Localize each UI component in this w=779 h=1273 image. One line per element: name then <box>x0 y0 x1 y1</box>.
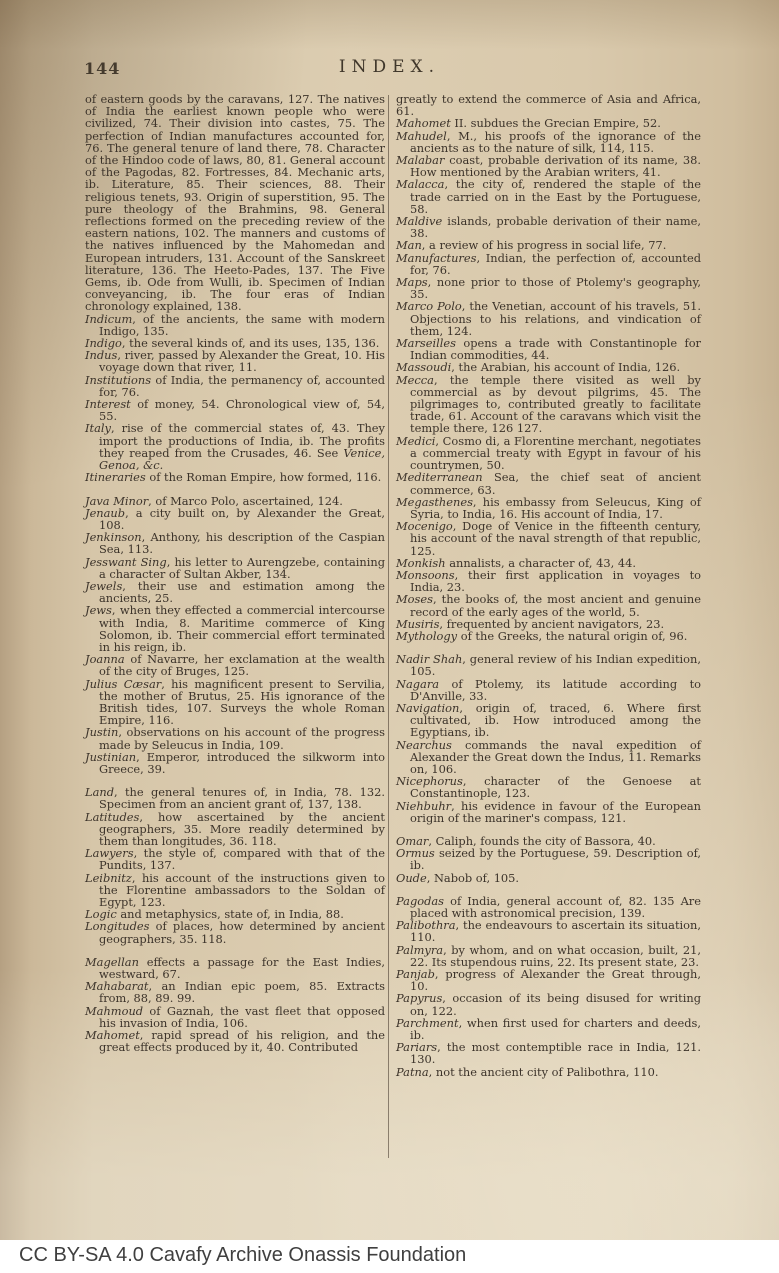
index-column-right: greatly to extend the commerce of Asia a… <box>396 93 701 1078</box>
index-entry: Maldive islands, probable derivation of … <box>396 215 701 239</box>
index-entry: Papyrus, occasion of its being disused f… <box>396 992 701 1016</box>
entry-text: , the temple there visited as well by co… <box>410 373 701 436</box>
entry-text: of eastern goods by the caravans, 127. T… <box>85 92 385 313</box>
index-entry: Indus, river, passed by Alexander the Gr… <box>85 349 385 373</box>
index-entry: Maps, none prior to those of Ptolemy's g… <box>396 276 701 300</box>
entry-text: , Cosmo di, a Florentine merchant, negot… <box>410 434 701 472</box>
entry-text: coast, probable derivation of its name, … <box>410 153 701 179</box>
entry-text: greatly to extend the commerce of Asia a… <box>396 92 701 118</box>
entry-text: , the style of, compared with that of th… <box>99 846 385 872</box>
index-entry: Lawyers, the style of, compared with tha… <box>85 847 385 871</box>
index-entry: Longitudes of places, how determined by … <box>85 920 385 944</box>
entry-text: , occasion of its being disused for writ… <box>410 991 701 1017</box>
entry-text: of the Roman Empire, how formed, 116. <box>146 470 382 484</box>
index-entry: Latitudes, how ascertained by the ancien… <box>85 811 385 848</box>
index-entry: Justinian, Emperor, introduced the silkw… <box>85 751 385 775</box>
index-term: Parchment <box>396 1016 459 1030</box>
index-entry: Marco Polo, the Venetian, account of his… <box>396 300 701 337</box>
index-entry: Monsoons, their first application in voy… <box>396 569 701 593</box>
index-entry: Oude, Nabob of, 105. <box>396 872 701 884</box>
index-term: Patna <box>396 1065 429 1079</box>
index-entry: Land, the general tenures of, in India, … <box>85 786 385 810</box>
book-page: 144 INDEX. of eastern goods by the carav… <box>0 0 779 1240</box>
entry-text: , progress of Alexander the Great throug… <box>410 967 701 993</box>
entry-text: , the most contemptible race in India, 1… <box>410 1040 701 1066</box>
index-entry: Manufactures, Indian, the perfection of,… <box>396 252 701 276</box>
entry-text: of Navarre, her exclamation at the wealt… <box>99 652 385 678</box>
page-heading: INDEX. <box>0 57 779 77</box>
entry-text: , their use and estimation among the anc… <box>99 579 385 605</box>
entry-text: commands the naval expedition of Alexand… <box>410 738 701 776</box>
index-entry: Mahabarat, an Indian epic poem, 85. Extr… <box>85 980 385 1004</box>
caption-bar: CC BY-SA 4.0 Cavafy Archive Onassis Foun… <box>0 1240 779 1273</box>
index-entry: Jenaub, a city built on, by Alexander th… <box>85 507 385 531</box>
page-header: 144 INDEX. <box>0 57 779 83</box>
entry-text: of India, general account of, 82. 135 Ar… <box>410 894 701 920</box>
entry-text: , by whom, and on what occasion, built, … <box>410 943 701 969</box>
entry-text: , rapid spread of his religion, and the … <box>99 1028 385 1054</box>
index-entry: Nearchus commands the naval expedition o… <box>396 739 701 776</box>
index-entry: Nicephorus, character of the Genoese at … <box>396 775 701 799</box>
index-entry: Nadir Shah, general review of his Indian… <box>396 653 701 677</box>
entry-text: , his account of the instructions given … <box>99 871 385 909</box>
index-entry: Malabar coast, probable derivation of it… <box>396 154 701 178</box>
entry-text: , not the ancient city of Palibothra, 11… <box>429 1065 659 1079</box>
entry-text: , when they effected a commercial interc… <box>99 603 385 654</box>
entry-text: , M., his proofs of the ignorance of the… <box>410 129 701 155</box>
index-entry: Pagodas of India, general account of, 82… <box>396 895 701 919</box>
index-entry: Justin, observations on his account of t… <box>85 726 385 750</box>
index-entry: Mahudel, M., his proofs of the ignorance… <box>396 130 701 154</box>
index-entry: Leibnitz, his account of the instruction… <box>85 872 385 909</box>
index-entry: Medici, Cosmo di, a Florentine merchant,… <box>396 435 701 472</box>
index-entry: Ormus seized by the Portuguese, 59. Desc… <box>396 847 701 871</box>
entry-text: , none prior to those of Ptolemy's geogr… <box>410 275 701 301</box>
index-entry: Navigation, origin of, traced, 6. Where … <box>396 702 701 739</box>
entry-text: , their first application in voyages to … <box>410 568 701 594</box>
index-entry: Jewels, their use and estimation among t… <box>85 580 385 604</box>
index-term: Oude <box>396 871 427 885</box>
index-entry: Julius Cæsar, his magnificent present to… <box>85 678 385 727</box>
entry-text: , a city built on, by Alexander the Grea… <box>99 506 385 532</box>
index-entry: Moses, the books of, the most ancient an… <box>396 593 701 617</box>
index-entry: Jenkinson, Anthony, his description of t… <box>85 531 385 555</box>
entry-text: , the city of, rendered the staple of th… <box>410 177 701 215</box>
entry-text: seized by the Portuguese, 59. Descriptio… <box>410 846 701 872</box>
entry-text: , Nabob of, 105. <box>427 871 519 885</box>
index-term: Mythology <box>396 629 457 643</box>
index-entry: Mahomet, rapid spread of his religion, a… <box>85 1029 385 1053</box>
index-entry: Jews, when they effected a commercial in… <box>85 604 385 653</box>
index-entry: Palmyra, by whom, and on what occasion, … <box>396 944 701 968</box>
index-entry: Niehbuhr, his evidence in favour of the … <box>396 800 701 824</box>
column-divider-rule <box>388 95 389 1158</box>
index-entry: Institutions of India, the permanency of… <box>85 374 385 398</box>
index-entry: Malacca, the city of, rendered the stapl… <box>396 178 701 215</box>
entry-text: , Emperor, introduced the silkworm into … <box>99 750 385 776</box>
index-entry: greatly to extend the commerce of Asia a… <box>396 93 701 117</box>
entry-text: , how ascertained by the ancient geograp… <box>99 810 385 848</box>
index-entry: Mediterranean Sea, the chief seat of anc… <box>396 471 701 495</box>
index-entry: Parchment, when first used for charters … <box>396 1017 701 1041</box>
entry-text: , the books of, the most ancient and gen… <box>410 592 701 618</box>
entry-text: , observations on his account of the pro… <box>99 725 385 751</box>
index-entry: of eastern goods by the caravans, 127. T… <box>85 93 385 313</box>
entry-text: of Ptolemy, its latitude according to D'… <box>410 677 701 703</box>
entry-text: , his evidence in favour of the European… <box>410 799 701 825</box>
license-caption: CC BY-SA 4.0 Cavafy Archive Onassis Foun… <box>19 1244 466 1267</box>
entry-text: , Doge of Venice in the fifteenth centur… <box>410 519 701 557</box>
index-entry: Marseilles opens a trade with Constantin… <box>396 337 701 361</box>
index-entry: Jesswant Sing, his letter to Aurengzebe,… <box>85 556 385 580</box>
entry-text: islands, probable derivation of their na… <box>410 214 701 240</box>
index-entry: Joanna of Navarre, her exclamation at th… <box>85 653 385 677</box>
index-entry: Mahmoud of Gaznah, the vast fleet that o… <box>85 1005 385 1029</box>
entry-text: , the general tenures of, in India, 78. … <box>99 785 385 811</box>
index-entry: Megasthenes, his embassy from Seleucus, … <box>396 496 701 520</box>
index-column-left: of eastern goods by the caravans, 127. T… <box>85 93 385 1053</box>
index-entry: Panjab, progress of Alexander the Great … <box>396 968 701 992</box>
entry-text: effects a passage for the East Indies, w… <box>99 955 385 981</box>
entry-text: of the Greeks, the natural origin of, 96… <box>457 629 687 643</box>
index-entry: Nagara of Ptolemy, its latitude accordin… <box>396 678 701 702</box>
entry-text: , of the ancients, the same with modern … <box>99 312 385 338</box>
index-entry: Patna, not the ancient city of Palibothr… <box>396 1066 701 1078</box>
index-entry: Mecca, the temple there visited as well … <box>396 374 701 435</box>
index-entry: Mythology of the Greeks, the natural ori… <box>396 630 701 642</box>
index-entry: Indicum, of the ancients, the same with … <box>85 313 385 337</box>
index-entry: Mocenigo, Doge of Venice in the fifteent… <box>396 520 701 557</box>
index-term: Itineraries <box>85 470 146 484</box>
index-entry: Magellan effects a passage for the East … <box>85 956 385 980</box>
index-entry: Pariars, the most contemptible race in I… <box>396 1041 701 1065</box>
entry-text: , river, passed by Alexander the Great, … <box>99 348 385 374</box>
index-entry: Itineraries of the Roman Empire, how for… <box>85 471 385 483</box>
entry-text: , Anthony, his description of the Caspia… <box>99 530 385 556</box>
entry-text: of money, 54. Chronological view of, 54,… <box>99 397 385 423</box>
index-entry: Italy, rise of the commercial states of,… <box>85 422 385 471</box>
index-entry: Interest of money, 54. Chronological vie… <box>85 398 385 422</box>
index-entry: Palibothra, the endeavours to ascertain … <box>396 919 701 943</box>
